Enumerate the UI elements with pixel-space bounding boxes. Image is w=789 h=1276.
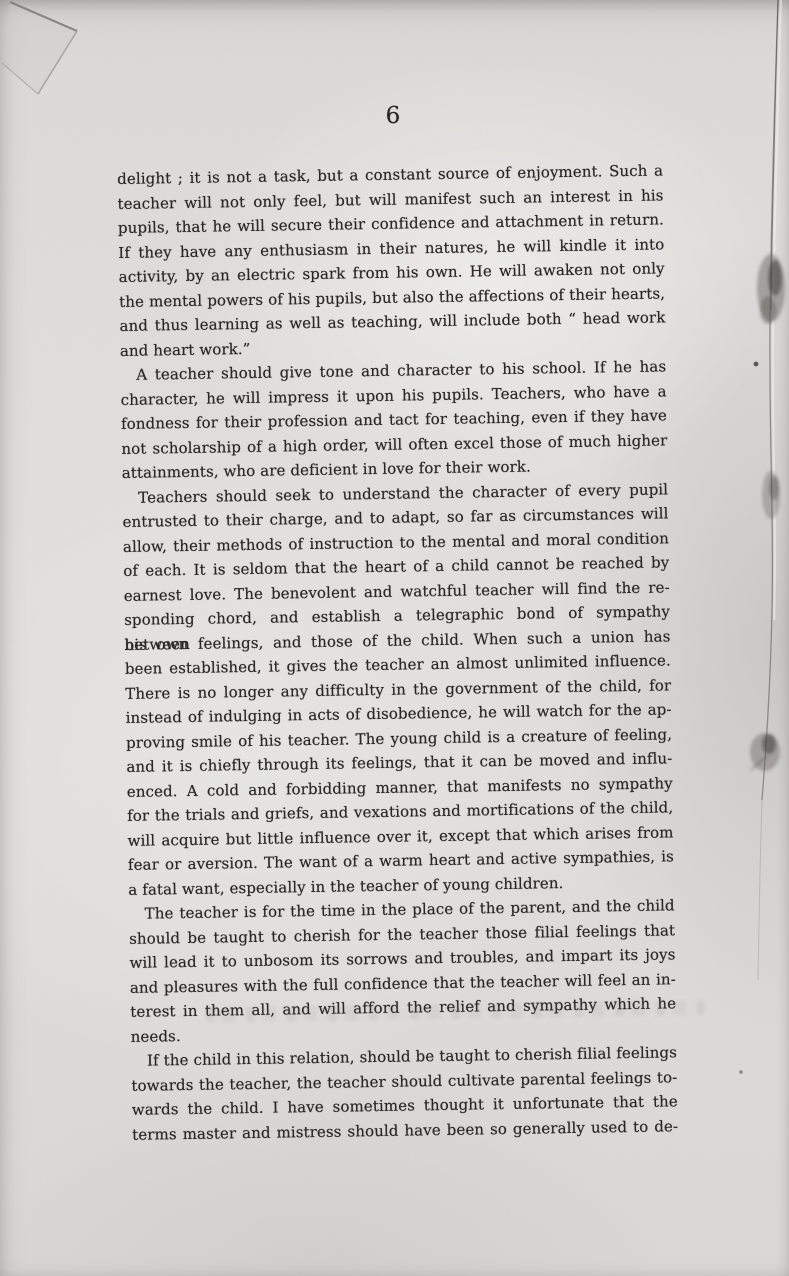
paragraph: The teacher is for the time in the place… [129,893,677,1049]
paragraph: A teacher should give tone and character… [120,354,668,485]
scanned-book-page: 6 delight ; it is not a task, but a cons… [0,0,789,1276]
paragraph: Teachers should seek to understand the c… [122,477,674,902]
ink-speck [754,362,759,367]
page-edge-crease [719,0,789,1276]
tear-mark [762,471,780,519]
corner-fold-mark [0,0,130,130]
ink-speck [739,1070,743,1074]
tear-mark [757,254,785,324]
tear-mark [750,733,780,771]
page-number: 6 [363,103,423,129]
paragraph: delight ; it is not a task, but a consta… [117,158,666,363]
paragraph: If the child in this relation, should be… [131,1040,678,1147]
text-block: delight ; it is not a task, but a consta… [117,158,678,1146]
